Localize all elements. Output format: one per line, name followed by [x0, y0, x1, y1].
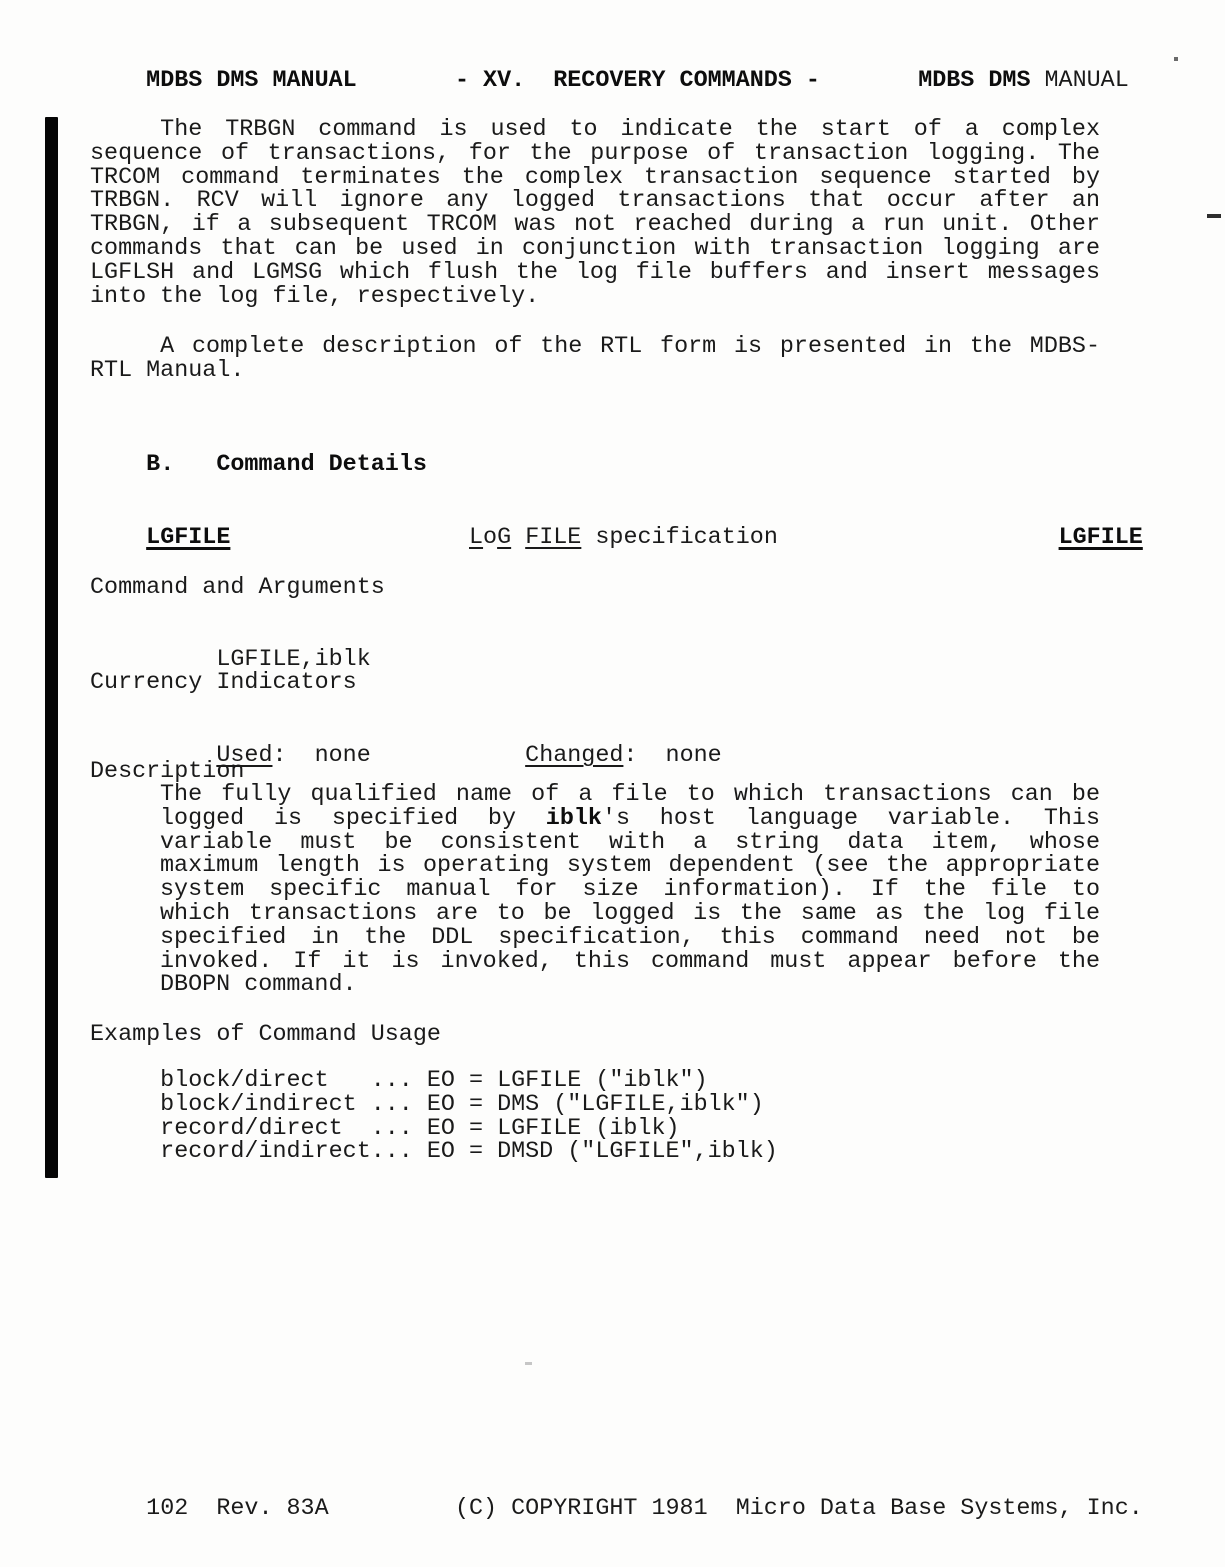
footer-page-number: 102 Rev. 83A — [146, 1496, 328, 1522]
examples-code-block: block/direct ... EO = LGFILE ("iblk") bl… — [90, 1070, 778, 1165]
currency-used-separator: : — [272, 743, 314, 769]
paragraph-line: system specific manual for size informat… — [160, 879, 1100, 903]
manual-page: MDBS DMS MANUAL- XV. RECOVERY COMMANDS -… — [0, 0, 1225, 1567]
command-mnemonic-word: FILE — [525, 525, 581, 551]
currency-heading: Currency Indicators — [90, 672, 357, 696]
paragraph-line: A complete description of the RTL form i… — [90, 336, 1100, 360]
paragraph-line: TRCOM command terminates the complex tra… — [90, 167, 1100, 191]
command-heading: LGFILELoG FILE specificationLGFILE — [90, 503, 1143, 574]
paragraph-line: commands that can be used in conjunction… — [90, 238, 1100, 262]
section-b-title: Command Details — [216, 452, 427, 478]
currency-changed-separator: : — [623, 743, 665, 769]
paragraph-text: 's host language variable. This — [602, 806, 1100, 832]
header-section-title: - XV. RECOVERY COMMANDS - — [455, 68, 820, 94]
command-title-text — [511, 525, 525, 551]
section-b-heading: B.Command Details — [90, 430, 427, 501]
currency-used-value: none — [315, 743, 371, 769]
scan-artifact-speck — [525, 1362, 532, 1365]
command-args-heading: Command and Arguments — [90, 577, 385, 601]
examples-heading: Examples of Command Usage — [90, 1024, 441, 1048]
paragraph-line: sequence of transactions, for the purpos… — [90, 143, 1100, 167]
section-b-label: B. — [146, 452, 174, 478]
command-name-left: LGFILE — [146, 525, 230, 551]
paragraph-line: variable must be consistent with a strin… — [160, 832, 1100, 856]
command-name-right: LGFILE — [1059, 525, 1143, 551]
paragraph-line: which transactions are to be logged is t… — [160, 903, 1100, 927]
paragraph-line: DBOPN command. — [160, 974, 1100, 998]
intro-paragraph-1: The TRBGN command is used to indicate th… — [90, 119, 1100, 309]
paragraph-line: The TRBGN command is used to indicate th… — [90, 119, 1100, 143]
paragraph-line: invoked. If it is invoked, this command … — [160, 951, 1100, 975]
argument-name: iblk — [546, 806, 602, 832]
paragraph-line: TRBGN. RCV will ignore any logged transa… — [90, 190, 1100, 214]
paragraph-text: logged is specified by — [160, 806, 546, 832]
page-footer: 102 Rev. 83A(C) COPYRIGHT 1981 Micro Dat… — [90, 1474, 1143, 1545]
header-right-title-rest: MANUAL — [1030, 68, 1128, 94]
change-bar — [45, 117, 58, 1178]
currency-changed-label: Changed — [525, 743, 623, 769]
paragraph-line: into the log file, respectively. — [90, 286, 1100, 310]
description-paragraph: The fully qualified name of a file to wh… — [160, 784, 1100, 998]
scan-artifact-speck — [1174, 57, 1178, 61]
paragraph-line: specified in the DDL specification, this… — [160, 927, 1100, 951]
paragraph-line: LGFLSH and LGMSG which flush the log fil… — [90, 262, 1100, 286]
paragraph-line: The fully qualified name of a file to wh… — [160, 784, 1100, 808]
command-mnemonic-letter: L — [469, 525, 483, 551]
page-header: MDBS DMS MANUAL- XV. RECOVERY COMMANDS -… — [90, 46, 1129, 117]
command-title-text: specification — [581, 525, 778, 551]
command-mnemonic-letter: G — [497, 525, 511, 551]
command-title-text: o — [483, 525, 497, 551]
paragraph-line: maximum length is operating system depen… — [160, 855, 1100, 879]
paragraph-line: TRBGN, if a subsequent TRCOM was not rea… — [90, 214, 1100, 238]
header-left-title: MDBS DMS MANUAL — [146, 68, 357, 94]
currency-changed-value: none — [666, 743, 722, 769]
command-args-value: LGFILE,iblk — [216, 647, 370, 673]
footer-copyright: (C) COPYRIGHT 1981 Micro Data Base Syste… — [455, 1496, 1143, 1522]
intro-paragraph-2: A complete description of the RTL form i… — [90, 336, 1100, 384]
scan-artifact-dash — [1207, 214, 1221, 218]
header-right-title-bold: MDBS DMS — [918, 68, 1030, 94]
paragraph-line: RTL Manual. — [90, 360, 1100, 384]
paragraph-line: logged is specified by iblk's host langu… — [160, 808, 1100, 832]
